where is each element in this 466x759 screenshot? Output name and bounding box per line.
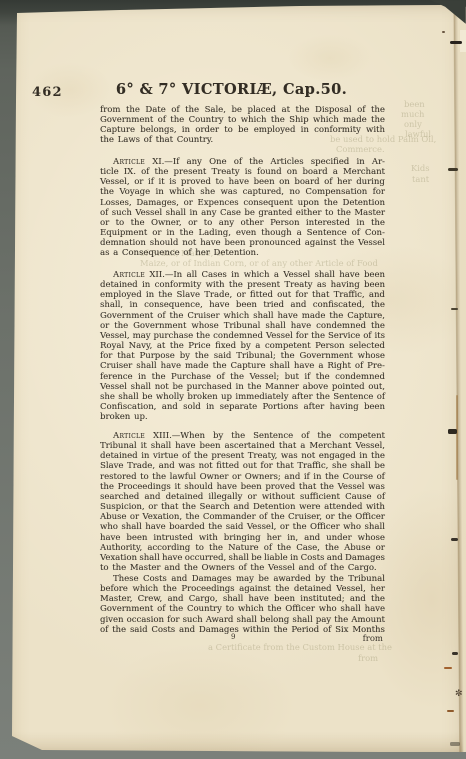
running-header: 6° & 7° VICTORIÆ, Cap.50.	[89, 81, 374, 98]
text-line: forthatPurposebythesaidTribunal;theGover…	[100, 351, 385, 361]
ghost-text-fragment: Commerce.	[336, 144, 385, 154]
ink-mark	[450, 742, 460, 746]
ink-mark	[452, 652, 458, 655]
text-line: Vessel,orifitisprovedtohavebeenonboardof…	[100, 177, 385, 187]
ghost-text-fragment: much	[401, 109, 424, 119]
ghost-text-fragment: from	[358, 653, 378, 663]
text-line: Capturebelongs,inordertobeemployedinconf…	[100, 125, 385, 135]
text-line: as a Consequence of her Detention.	[100, 248, 385, 258]
book-page: beenmuchonlylawfulbe used to hold Palm O…	[0, 0, 466, 759]
ink-mark	[451, 538, 458, 541]
direction-line: 9 from	[100, 631, 385, 645]
ghost-text-fragment: only	[404, 119, 422, 129]
text-line: shall,inconsequence,havebeentriedandconf…	[100, 300, 385, 310]
ink-mark	[450, 41, 462, 44]
text-line: sheshallbewhollybrokenupimmediatelyafter…	[100, 392, 385, 402]
text-line: VesselshallnotbepurchasedintheMannerabov…	[100, 382, 385, 392]
text-line: Confiscation,andsoldinseparatePortionsaf…	[100, 402, 385, 412]
text-line: havebeenintrustedwithbringingherin,andun…	[100, 533, 385, 543]
text-line: ArticleXIII.—WhenbytheSentenceofthecompe…	[113, 431, 385, 441]
text-line: theVoyageinwhichshewascaptured,noCompens…	[100, 187, 385, 197]
text-line: ofsuchVesselshallinanyCasebegrantedeithe…	[100, 208, 385, 218]
text-line: GovernmentoftheCruiserwhichshallhavemade…	[100, 311, 385, 321]
ghost-text-fragment: Kids	[411, 163, 430, 173]
text-line: ortotheOwner,ortoanyotherPersonintereste…	[100, 218, 385, 228]
text-line: ArticleXII.—InallCasesinwhichaVesselshal…	[113, 270, 385, 280]
text-line: detainedinvirtueofthepresentTreaty,wasno…	[100, 451, 385, 461]
catchword: from	[363, 634, 383, 644]
text-line: Losses,Damages,orExpencesconsequentupont…	[100, 198, 385, 208]
text-line: SlaveTrade,andwasnotfittedoutforthatTraf…	[100, 461, 385, 471]
text-line: Authority,accordingtotheNatureoftheCase,…	[100, 543, 385, 553]
text-line: GovernmentoftheCountrytowhichtheShipwhic…	[100, 115, 385, 125]
ink-mark	[448, 168, 458, 171]
text-line: beforewhichtheProceedingsagainstthedetai…	[100, 584, 385, 594]
ghost-text-fragment: tant	[412, 174, 429, 184]
text-line: restoredtothelawfulOwnerorOwners;andifin…	[100, 472, 385, 482]
page-edge-crease	[456, 395, 458, 480]
text-line: Master,Crew,andCargo,shallhavebeeninstit…	[100, 594, 385, 604]
text-line: ferenceinthePurchaseoftheVessel;butifthe…	[100, 372, 385, 382]
text-line: Suspicion,orthattheSearchandDetentionwer…	[100, 502, 385, 512]
text-line: ArticleXI.—IfanyOneoftheArticlesspecifie…	[113, 157, 385, 167]
text-line: EquipmentorintheLading,eventhoughaSenten…	[100, 228, 385, 238]
ink-mark	[447, 710, 454, 712]
text-line: employedintheSlaveTrade,orfittedoutforth…	[100, 290, 385, 300]
text-line: CruisershallhavemadetheCaptureshallhavea…	[100, 361, 385, 371]
ink-mark	[444, 667, 452, 669]
text-line: fromtheDateoftheSale,beplacedattheDispos…	[100, 105, 385, 115]
text-line: AbuseorVexation,theCommanderoftheCruiser…	[100, 512, 385, 522]
text-line: Vexationshallhaveoccurred,shallbeliablei…	[100, 553, 385, 563]
page-number: 462	[32, 85, 63, 100]
text-line: demnationshouldnothavebeenpronouncedagai…	[100, 238, 385, 248]
ghost-text-fragment: been	[404, 99, 425, 109]
text-line: to the Master and the Owners of the Vess…	[100, 563, 385, 573]
text-line: GovernmentoftheCountrytowhichtheOfficerw…	[100, 604, 385, 614]
ink-mark	[448, 429, 457, 434]
ink-blot-asterisk: ✼	[455, 690, 463, 699]
ink-mark	[451, 308, 458, 310]
text-line: theProceedingsitshouldhavebeenprovedthat…	[100, 482, 385, 492]
text-line: givenoccasionforsuchAwardshallbelongshal…	[100, 615, 385, 625]
text-line: searchedanddetainedillegallyorwithoutsuf…	[100, 492, 385, 502]
text-line: TheseCostsandDamagesmaybeawardedbytheTri…	[113, 574, 385, 584]
text-line: TribunalitshallhavebeenascertainedthataM…	[100, 441, 385, 451]
text-line: the Laws of that Country.	[100, 135, 385, 145]
text-line: ortheGovernmentwhoseTribunalshallhavecon…	[100, 321, 385, 331]
text-line: detainedinconformitywiththepresentTreaty…	[100, 280, 385, 290]
text-line: whoshallhaveboardedthesaidVessel,ortheOf…	[100, 522, 385, 532]
signature-mark: 9	[231, 633, 235, 641]
ghost-text-fragment: Maize, or of Indian Corn, or of any othe…	[140, 258, 378, 268]
text-line: ticleIX.ofthepresentTreatyisfoundonboard…	[100, 167, 385, 177]
ink-mark	[442, 31, 445, 33]
scanned-page-photo: beenmuchonlylawfulbe used to hold Palm O…	[0, 0, 466, 759]
text-line: broken up.	[100, 412, 385, 422]
text-line: RoyalNavy,atthePricefixedbyacompetentPer…	[100, 341, 385, 351]
text-line: Vessel,maypurchasethecondemnedVesselfort…	[100, 331, 385, 341]
